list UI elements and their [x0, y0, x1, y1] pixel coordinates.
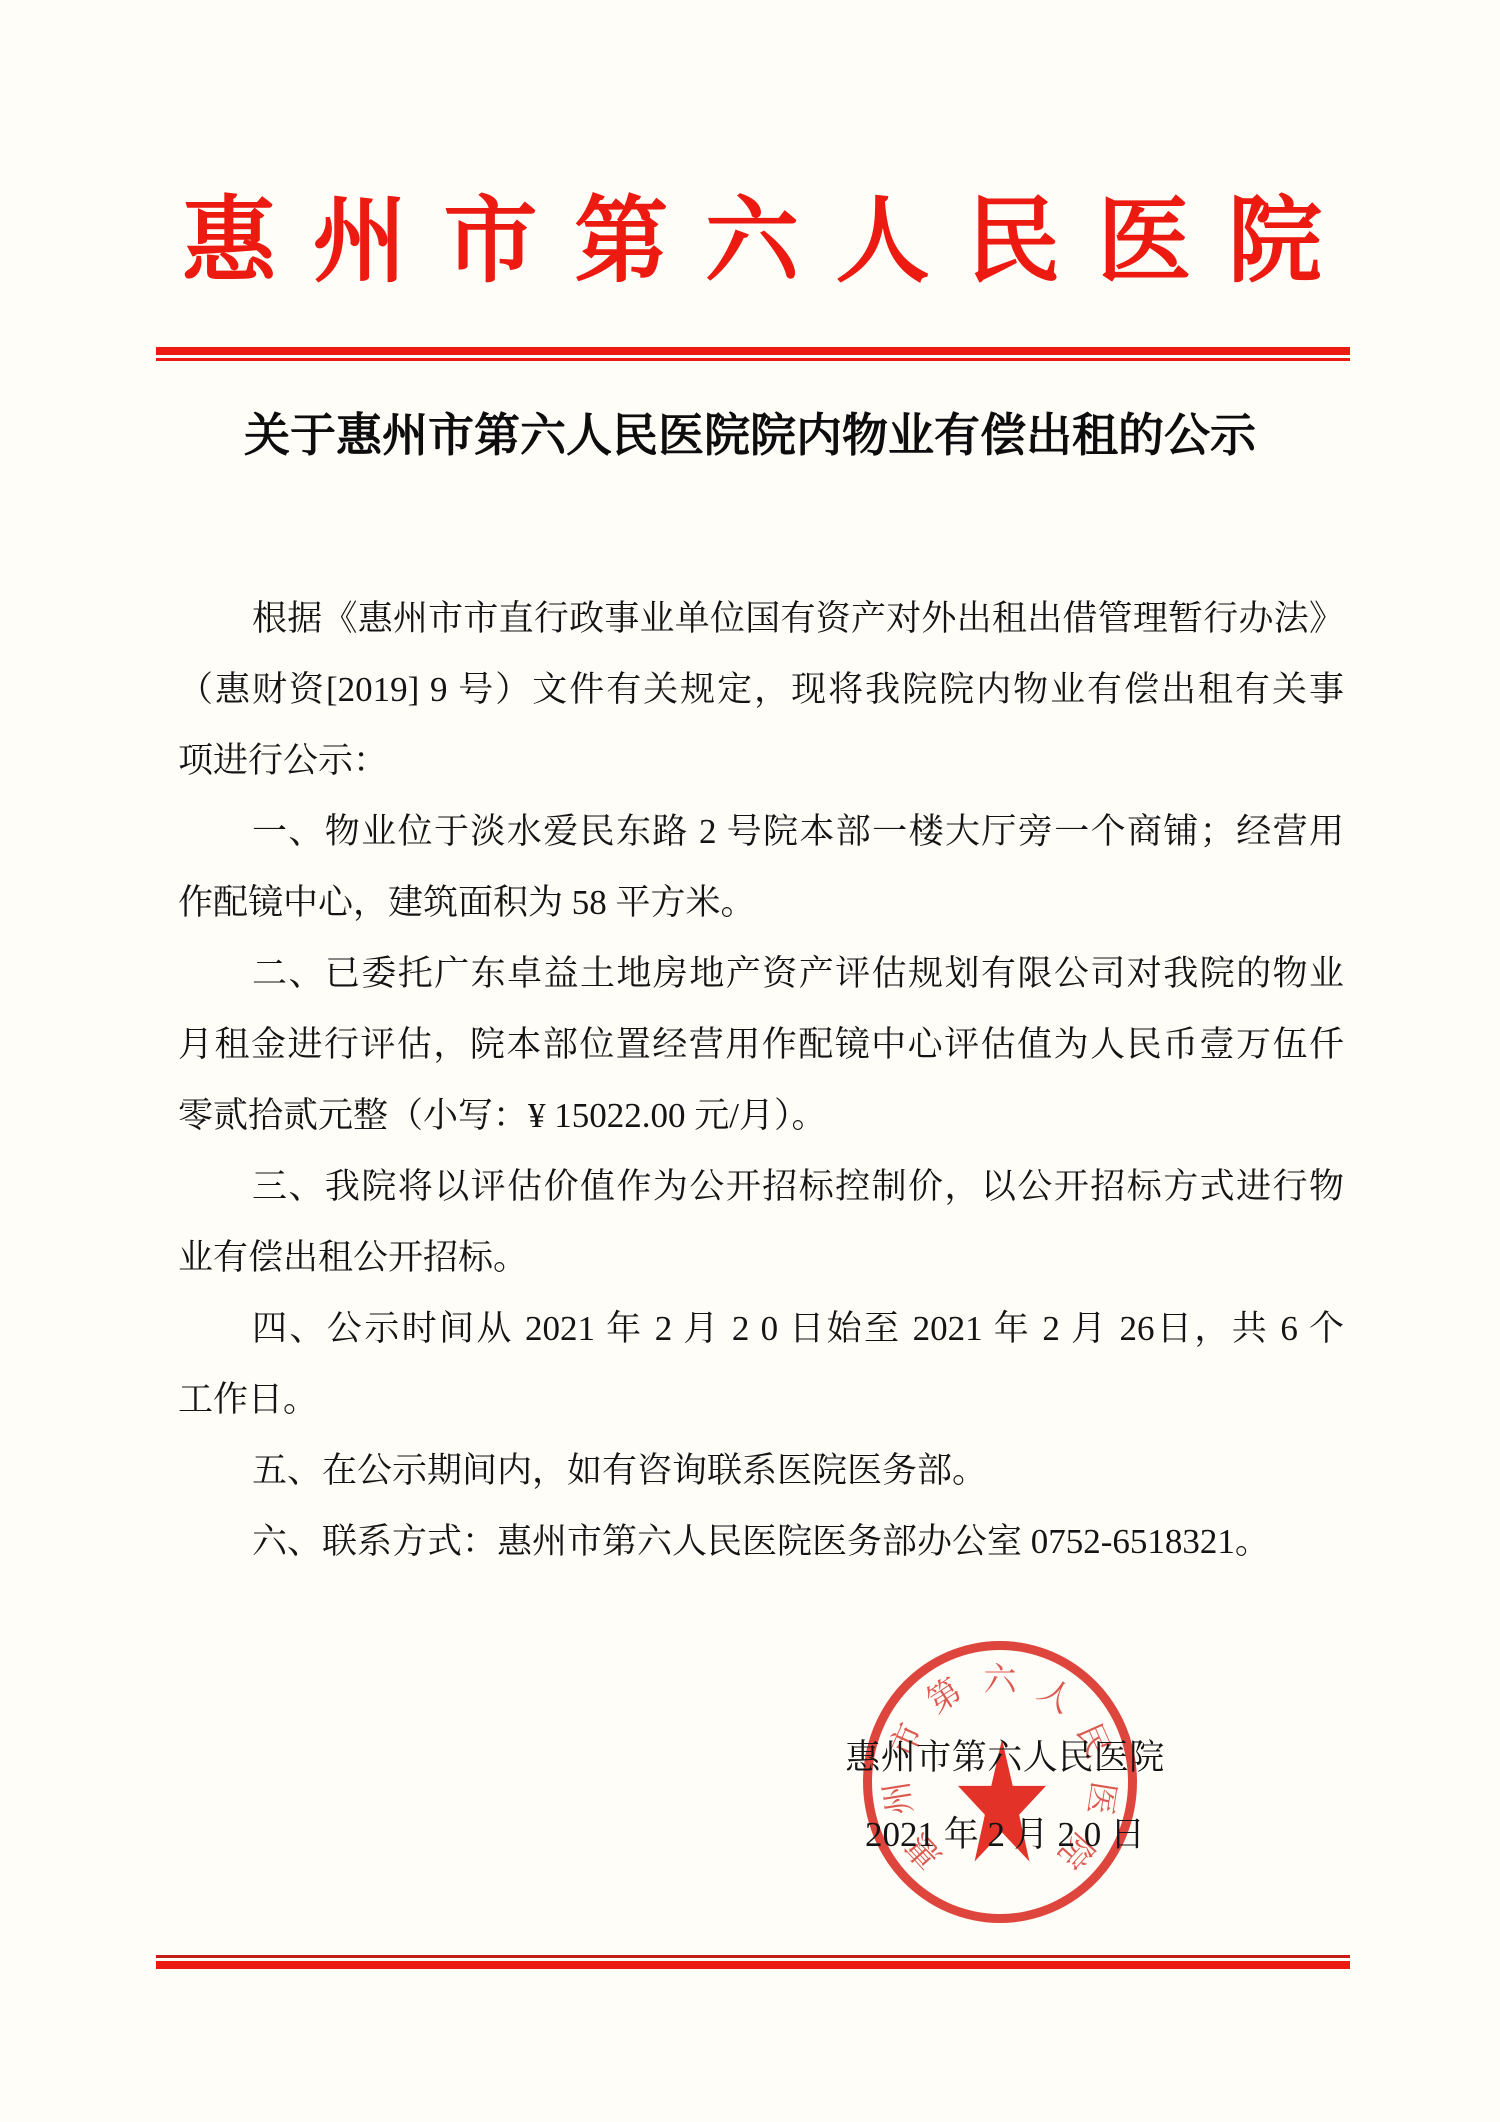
body-line: 项进行公示： — [178, 725, 1344, 796]
letterhead-char: 民 — [966, 195, 1060, 289]
body-line: 业有偿出租公开招标。 — [178, 1222, 1344, 1293]
body-line: 四、公示时间从 2021 年 2 月 2 0 日始至 2021 年 2 月 26… — [178, 1293, 1344, 1364]
seal-ring-char: 人 — [1032, 1674, 1078, 1720]
seal-ring-char: 六 — [984, 1665, 1017, 1698]
letterhead-char: 人 — [836, 195, 930, 289]
body-line: 三、我院将以评估价值作为公开招标控制价，以公开招标方式进行物 — [178, 1151, 1344, 1222]
letterhead-char: 州 — [313, 195, 407, 289]
document-title: 关于惠州市第六人民医院院内物业有偿出租的公示 — [0, 408, 1500, 464]
footer-rule-thick — [156, 1961, 1350, 1969]
letterhead-char: 市 — [443, 195, 537, 289]
letterhead-rule-thin — [156, 358, 1350, 361]
body-line: （惠财资[2019] 9 号）文件有关规定，现将我院院内物业有偿出租有关事 — [178, 654, 1344, 725]
letterhead-char: 医 — [1097, 195, 1191, 289]
seal-ring-char: 第 — [922, 1674, 968, 1720]
body-line: 二、已委托广东卓益土地房地产资产评估规划有限公司对我院的物业 — [178, 938, 1344, 1009]
signature-org: 惠州市第六人民医院 — [755, 1733, 1255, 1783]
body-line: 作配镜中心，建筑面积为 58 平方米。 — [178, 867, 1344, 938]
document-page: 惠州市第六人民医院 关于惠州市第六人民医院院内物业有偿出租的公示 根据《惠州市市… — [0, 0, 1500, 2122]
body-line: 工作日。 — [178, 1364, 1344, 1435]
signature-date: 2021 年 2 月 2 0 日 — [755, 1810, 1255, 1860]
body-line: 根据《惠州市市直行政事业单位国有资产对外出租出借管理暂行办法》 — [178, 583, 1344, 654]
body-line: 六、联系方式：惠州市第六人民医院医务部办公室 0752-6518321。 — [178, 1506, 1344, 1577]
body-line: 零贰拾贰元整（小写：¥ 15022.00 元/月）。 — [178, 1080, 1344, 1151]
body-text: 根据《惠州市市直行政事业单位国有资产对外出租出借管理暂行办法》 （惠财资[201… — [178, 583, 1344, 1577]
letterhead-char: 惠 — [182, 195, 276, 289]
body-line: 五、在公示期间内，如有咨询联系医院医务部。 — [178, 1435, 1344, 1506]
body-line: 月租金进行评估，院本部位置经营用作配镜中心评估值为人民币壹万伍仟 — [178, 1009, 1344, 1080]
letterhead-char: 六 — [705, 195, 799, 289]
body-line: 一、物业位于淡水爱民东路 2 号院本部一楼大厅旁一个商铺；经营用 — [178, 796, 1344, 867]
letterhead-rule-thick — [156, 347, 1350, 355]
letterhead-hospital-name: 惠州市第六人民医院 — [182, 186, 1322, 298]
letterhead-char: 院 — [1228, 195, 1322, 289]
letterhead-char: 第 — [574, 195, 668, 289]
footer-rule-thin — [156, 1955, 1350, 1958]
